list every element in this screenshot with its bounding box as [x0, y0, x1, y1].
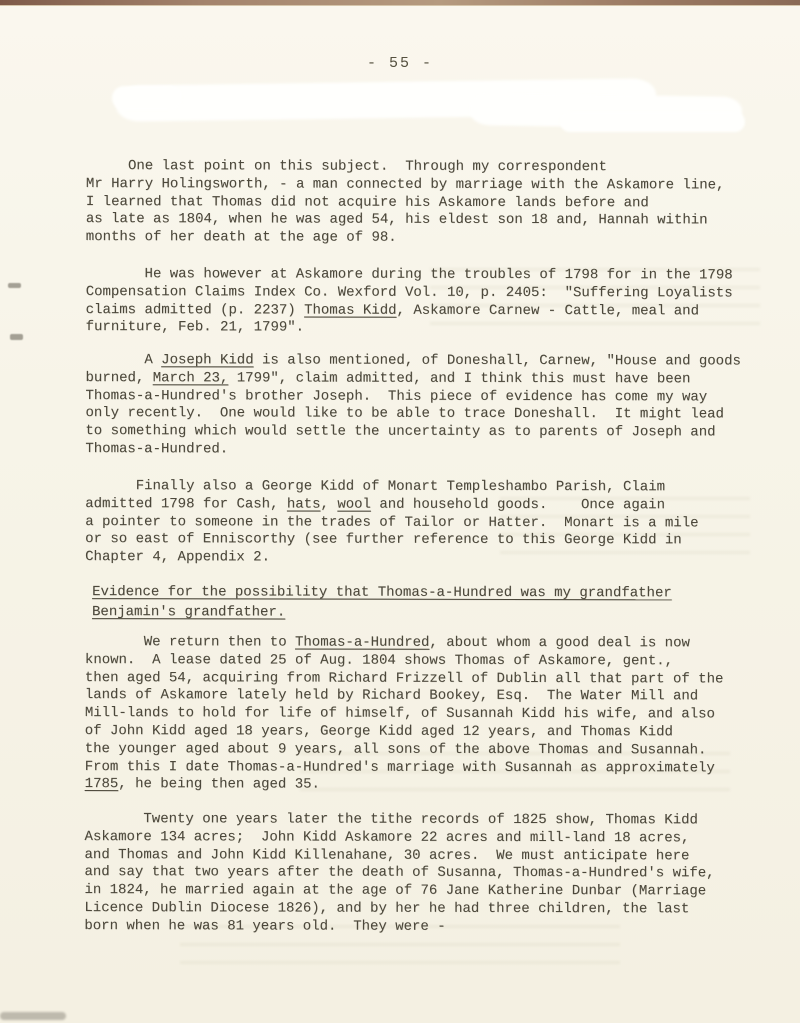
correction-fluid-blob [112, 86, 182, 110]
paragraph-george-kidd: Finally also a George Kidd of Monart Tem… [85, 478, 785, 568]
paragraph-tithe-records: Twenty one years later the tithe records… [84, 811, 784, 937]
paragraph-last-point: One last point on this subject. Through … [86, 158, 786, 248]
paragraph-compensation-claims: He was however at Askamore during the tr… [86, 266, 786, 339]
page-number: - 55 - [0, 55, 800, 72]
section-heading-evidence: Evidence for the possibility that Thomas… [92, 582, 792, 623]
margin-mark-artifact [10, 334, 23, 340]
paragraph-lease-1804: We return then to Thomas-a-Hundred, abou… [85, 634, 785, 796]
margin-mark-artifact [8, 283, 21, 288]
paragraph-joseph-kidd: A Joseph Kidd is also mentioned, of Done… [85, 352, 785, 460]
document-page: - 55 - One last point on this subject. T… [0, 0, 800, 1023]
scan-top-edge-artifact [0, 0, 800, 6]
bottom-corner-smudge-artifact [0, 1012, 66, 1020]
correction-fluid-blob [560, 112, 745, 132]
